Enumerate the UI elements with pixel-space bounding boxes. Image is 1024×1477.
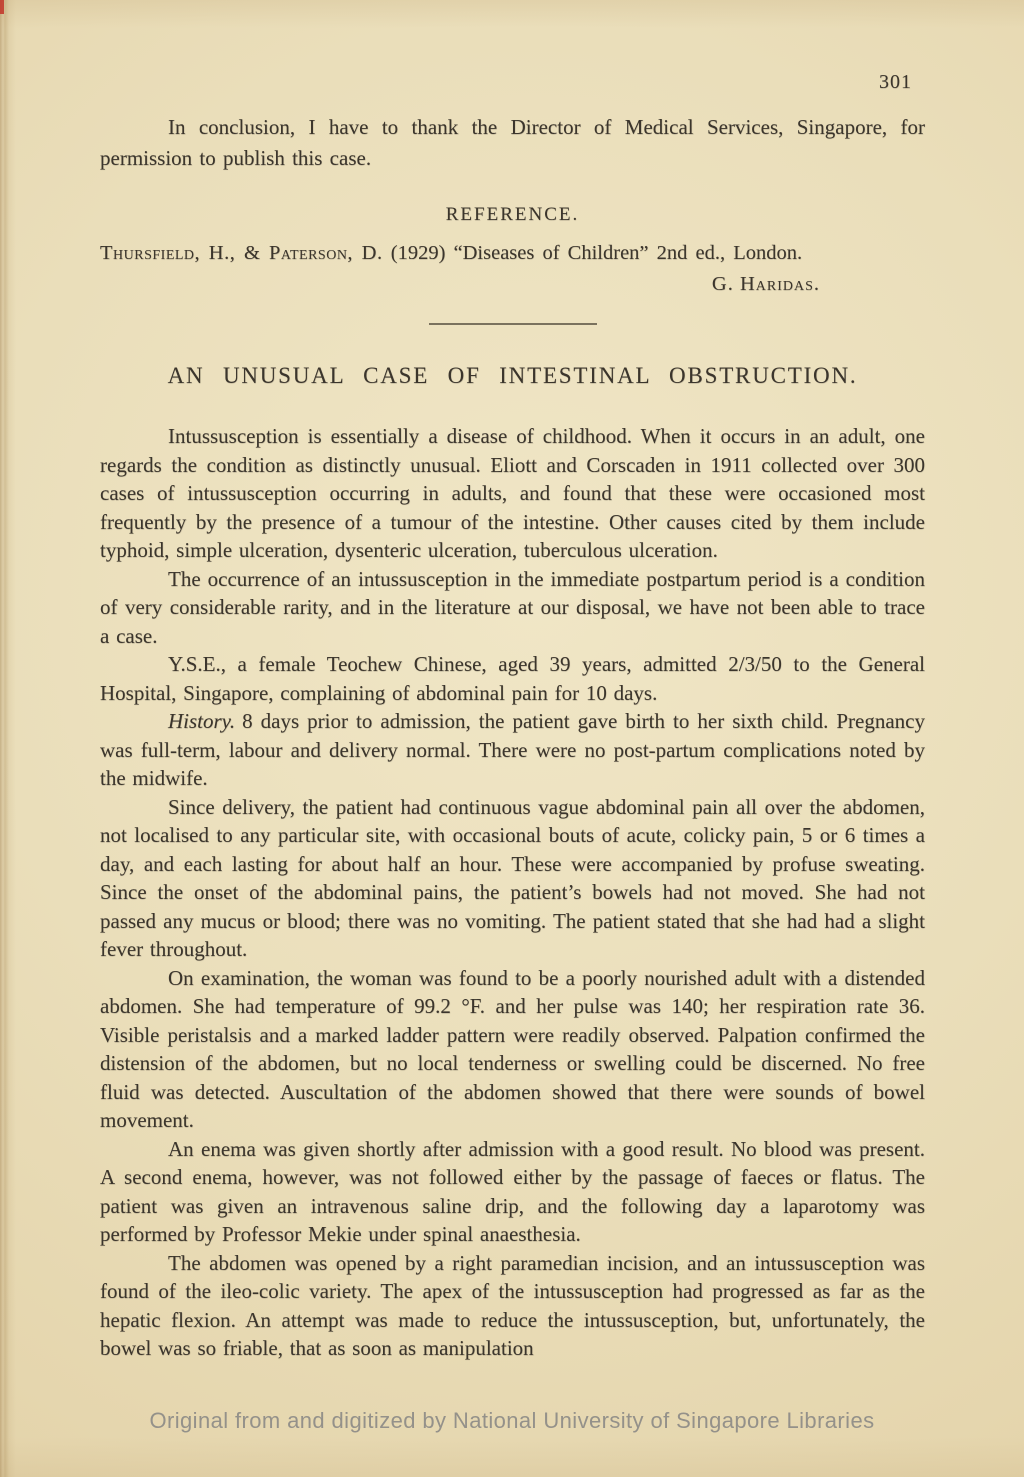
reference-authors: Thursfield, H., & Paterson, D. — [100, 242, 383, 264]
conclusion-paragraph: In conclusion, I have to thank the Direc… — [100, 112, 925, 174]
reference-entry: Thursfield, H., & Paterson, D. (1929) “D… — [100, 241, 925, 265]
page-number: 301 — [879, 71, 912, 94]
article-paragraph: Y.S.E., a female Teochew Chinese, aged 3… — [100, 650, 925, 707]
article-paragraph: Since delivery, the patient had continuo… — [100, 793, 925, 964]
page-binding-edge — [0, 0, 16, 1477]
article-body: Intussusception is essentially a disease… — [100, 422, 925, 1363]
reference-detail: (1929) “Diseases of Children” 2nd ed., L… — [391, 242, 802, 264]
digitization-watermark: Original from and digitized by National … — [0, 1408, 1024, 1434]
reference-heading: REFERENCE. — [100, 204, 925, 226]
red-corner-mark — [0, 0, 4, 14]
article-title: AN UNUSUAL CASE OF INTESTINAL OBSTRUCTIO… — [100, 362, 925, 389]
article-paragraph: Intussusception is essentially a disease… — [100, 422, 925, 565]
article-paragraph: The abdomen was opened by a right parame… — [100, 1249, 925, 1363]
article-paragraph: The occurrence of an intussusception in … — [100, 565, 925, 651]
history-label-italic: History. — [168, 709, 235, 733]
author-signature: G. Haridas. — [100, 272, 820, 296]
article-paragraph: On examination, the woman was found to b… — [100, 964, 925, 1135]
article-paragraph: An enema was given shortly after admissi… — [100, 1135, 925, 1249]
article-paragraph: History.8 days prior to admission, the p… — [100, 707, 925, 793]
scanned-journal-page: 301 In conclusion, I have to thank the D… — [0, 0, 1024, 1477]
section-divider-rule — [429, 323, 597, 325]
page-content: In conclusion, I have to thank the Direc… — [100, 112, 925, 1363]
